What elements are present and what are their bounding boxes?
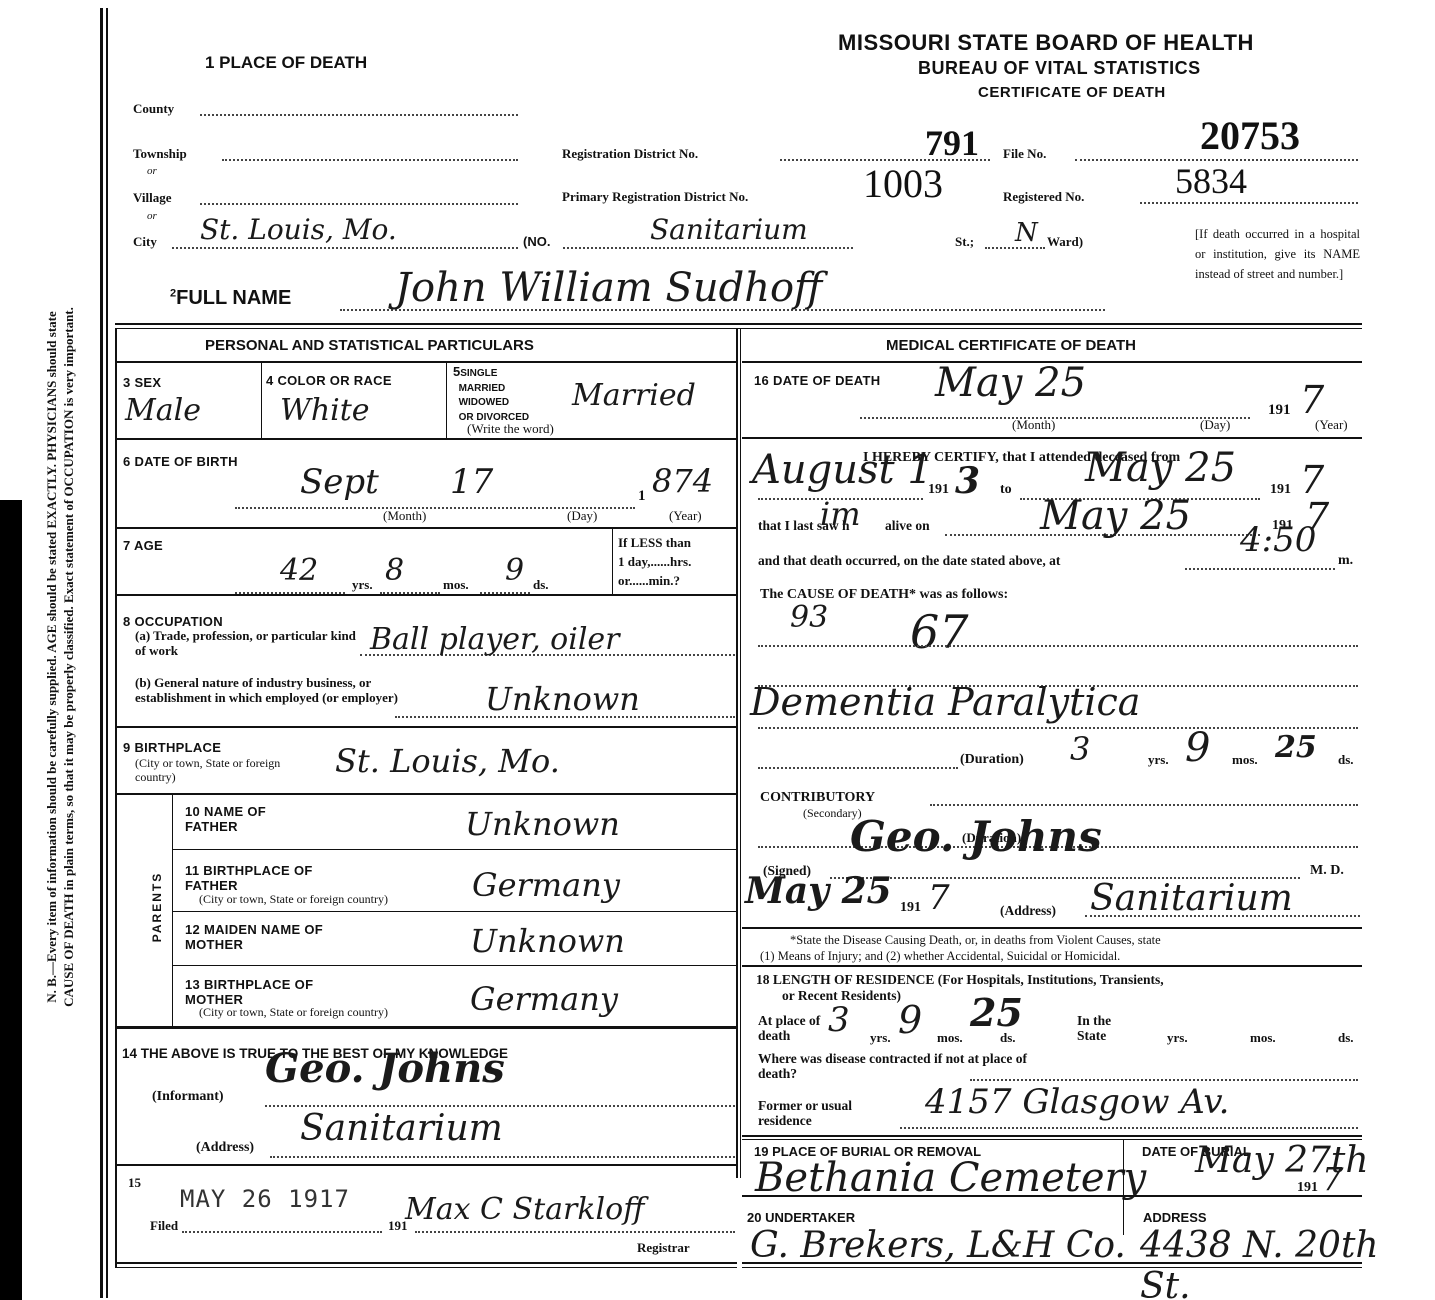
divider: [742, 927, 1362, 929]
primary-registration-value: 1003: [863, 160, 943, 207]
dob-day: 17: [450, 462, 493, 502]
year-hint: (Year): [1315, 417, 1348, 433]
divider: [117, 527, 737, 529]
attended-to-value: May 25: [1085, 445, 1236, 491]
burial-date-value: May 27th: [1195, 1140, 1369, 1181]
medical-section-title: MEDICAL CERTIFICATE OF DEATH: [886, 337, 1136, 354]
file-no-label: File No.: [1003, 146, 1046, 162]
physician-signature: Geo. Johns: [850, 812, 1102, 861]
marital-value: Married: [572, 378, 696, 413]
street-value: Sanitarium: [650, 213, 808, 246]
residence-days: 25: [970, 990, 1023, 1035]
mos-label: mos.: [1250, 1030, 1276, 1046]
yrs-label: yrs.: [870, 1030, 891, 1046]
to-year-prefix: 191: [1270, 482, 1291, 498]
registration-district-label: Registration District No.: [562, 146, 698, 162]
divider: [742, 1267, 1362, 1268]
age-days: 9: [505, 553, 524, 588]
primary-registration-label: Primary Registration District No.: [562, 189, 748, 205]
ds-label: ds.: [1338, 1030, 1354, 1046]
sex-label: 3 SEX: [123, 375, 161, 390]
full-name-label: 2FULL NAME: [170, 287, 291, 310]
month-hint: (Month): [1012, 417, 1055, 433]
registration-district-value: 791: [925, 122, 979, 164]
birthplace-hint: (City or town, State or foreign country): [135, 756, 285, 784]
divider: [173, 911, 737, 912]
residence-months: 9: [898, 998, 922, 1042]
document-title: CERTIFICATE OF DEATH: [978, 84, 1166, 101]
marital-options: 5SINGLE MARRIED WIDOWED OR DIVORCED: [453, 365, 529, 425]
divider: [117, 1026, 737, 1029]
sex-value: Male: [125, 393, 201, 428]
divider: [742, 437, 1362, 439]
signed-date: May 25: [745, 870, 892, 912]
mother-name-label: 12 MAIDEN NAME OF MOTHER: [185, 922, 345, 952]
father-name-label: 10 NAME OF FATHER: [185, 804, 305, 834]
date-of-death-value: May 25: [935, 360, 1086, 406]
divider: [173, 965, 737, 966]
death-time-value: 4:50: [1240, 520, 1316, 560]
village-field[interactable]: [200, 199, 518, 205]
bureau-title: BUREAU OF VITAL STATISTICS: [918, 58, 1201, 79]
township-label: Township: [133, 146, 187, 162]
registered-no-label: Registered No.: [1003, 189, 1084, 205]
marital-hint: (Write the word): [467, 421, 554, 437]
informant-address-label: (Address): [196, 1140, 254, 1156]
father-name-value: Unknown: [465, 805, 620, 843]
filed-label: Filed: [150, 1218, 178, 1234]
ds-label: ds.: [1000, 1030, 1016, 1046]
divider: [117, 361, 737, 363]
county-label: County: [133, 101, 174, 117]
signed-year: 7: [928, 878, 950, 918]
registered-no-value: 5834: [1175, 160, 1247, 202]
left-box-border: [115, 328, 117, 1268]
race-label: 4 COLOR OR RACE: [266, 373, 392, 388]
divider: [117, 1262, 737, 1264]
st-label: St.;: [955, 234, 974, 250]
father-birthplace-label: 11 BIRTHPLACE OF FATHER: [185, 863, 325, 893]
mother-birthplace-hint: (City or town, State or foreign country): [199, 1005, 388, 1020]
former-residence-value: 4157 Glasgow Av.: [925, 1082, 1229, 1122]
divider: [117, 438, 737, 440]
cause-footnote-2: (1) Means of Injury; and (2) whether Acc…: [760, 949, 1120, 964]
contributory-label: CONTRIBUTORY: [760, 790, 875, 806]
father-birthplace-hint: (City or town, State or foreign country): [199, 892, 388, 907]
hospital-note: [If death occurred in a hospital or inst…: [1195, 224, 1360, 284]
registered-no-field[interactable]: [1140, 198, 1358, 204]
registrar-signature: Max C Starkloff: [405, 1192, 644, 1227]
yrs-label: yrs.: [1148, 752, 1169, 768]
dod-year-prefix: 191: [1268, 402, 1291, 419]
informant-field[interactable]: [265, 1101, 735, 1107]
dob-year: 874: [652, 462, 713, 500]
yrs-label: yrs.: [352, 577, 373, 593]
age-months: 8: [385, 553, 404, 588]
mos-label: mos.: [1232, 752, 1258, 768]
divider: [117, 726, 737, 728]
ds-label: ds.: [533, 577, 549, 593]
death-time-field[interactable]: [1185, 564, 1335, 570]
filed-date-field[interactable]: [182, 1227, 382, 1233]
cause-line-3[interactable]: [758, 725, 1358, 729]
cause-line-1[interactable]: [758, 643, 1358, 647]
signed-year-prefix: 191: [900, 900, 921, 916]
death-time-suffix: m.: [1338, 553, 1353, 569]
divider: [115, 328, 1362, 329]
place-of-death-label: 1 PLACE OF DEATH: [205, 53, 367, 73]
divider: [446, 363, 447, 439]
occupation-a-label: (a) Trade, profession, or particular kin…: [135, 628, 365, 658]
mos-label: mos.: [443, 577, 469, 593]
residence-years: 3: [828, 1000, 850, 1040]
agency-title: MISSOURI STATE BOARD OF HEALTH: [838, 30, 1254, 56]
to-label: to: [1000, 482, 1012, 498]
city-label: City: [133, 234, 157, 250]
personal-section-title: PERSONAL AND STATISTICAL PARTICULARS: [205, 337, 534, 354]
duration-label: (Duration): [960, 752, 1024, 768]
from-year: 3: [955, 460, 980, 502]
dob-month: Sept: [300, 462, 379, 502]
margin-note: N. B.—Every item of information should b…: [20, 40, 80, 1280]
former-residence-field[interactable]: [900, 1125, 1358, 1129]
divider: [742, 1262, 1362, 1264]
physician-address-value: Sanitarium: [1090, 878, 1293, 919]
residence-label: 18 LENGTH OF RESIDENCE (For Hospitals, I…: [756, 972, 1164, 988]
where-contracted-field[interactable]: [970, 1077, 1358, 1081]
filed-stamp: MAY 26 1917: [180, 1185, 350, 1213]
ds-label: ds.: [1338, 752, 1354, 768]
attended-from-value: August 1: [752, 447, 933, 493]
less-than-day-note: If LESS than 1 day,......hrs. or......mi…: [618, 533, 691, 590]
scan-edge-shadow: [0, 500, 22, 1300]
filed-num: 15: [128, 1175, 141, 1191]
full-name-value: John William Sudhoff: [395, 265, 822, 311]
year-hint: (Year): [669, 508, 702, 524]
or-label: or: [147, 165, 157, 177]
registrar-label: Registrar: [637, 1240, 690, 1256]
mos-label: mos.: [937, 1030, 963, 1046]
divider: [117, 594, 737, 596]
occupation-a-value: Ball player, oiler: [370, 622, 620, 657]
age-years: 42: [280, 553, 318, 588]
alive-on-value: May 25: [1040, 493, 1191, 539]
at-place-label: At place of death: [758, 1013, 833, 1043]
date-of-death-label: 16 DATE OF DEATH: [754, 373, 880, 388]
burial-year: 7: [1322, 1160, 1342, 1198]
in-state-label: In the State: [1077, 1013, 1137, 1043]
mother-birthplace-label: 13 BIRTHPLACE OF MOTHER: [185, 977, 325, 1007]
last-saw-value: im: [820, 495, 861, 533]
informant-label: (Informant): [152, 1089, 224, 1105]
death-time-label: and that death occurred, on the date sta…: [758, 553, 1060, 569]
border-left-outer: [100, 8, 103, 1298]
contributory-field[interactable]: [930, 802, 1358, 806]
cause-footnote-1: *State the Disease Causing Death, or, in…: [790, 933, 1161, 948]
dod-year: 7: [1300, 378, 1324, 422]
dob-label: 6 DATE OF BIRTH: [123, 454, 238, 469]
township-field[interactable]: [222, 155, 518, 161]
divider: [261, 363, 262, 439]
physician-address-label: (Address): [1000, 903, 1056, 919]
divider: [115, 323, 1362, 325]
yrs-label: yrs.: [1167, 1030, 1188, 1046]
age-label: 7 AGE: [123, 538, 163, 553]
undertaker-value: G. Brekers, L&H Co.: [750, 1225, 1126, 1266]
column-divider: [740, 328, 741, 1178]
county-field[interactable]: [200, 110, 518, 116]
father-birthplace-value: Germany: [472, 866, 620, 904]
month-hint: (Month): [383, 508, 426, 524]
from-year-prefix: 191: [928, 482, 949, 498]
ward-label: Ward): [1047, 234, 1083, 250]
informant-address-field[interactable]: [270, 1152, 735, 1158]
burial-year-prefix: 191: [1297, 1180, 1318, 1196]
divider: [117, 1267, 737, 1268]
margin-note-line-2: CAUSE OF DEATH in plain terms, so that i…: [60, 57, 77, 1257]
cause-of-death-value: Dementia Paralytica: [750, 680, 1140, 724]
cause-code: 93: [790, 600, 828, 635]
divider: [742, 1135, 1362, 1137]
column-divider: [736, 328, 738, 1178]
divider: [742, 965, 1362, 967]
informant-address-value: Sanitarium: [300, 1108, 503, 1149]
former-residence-label: Former or usual residence: [758, 1098, 898, 1128]
parents-side-label: PARENTS: [150, 872, 164, 942]
day-hint: (Day): [567, 508, 597, 524]
registrar-field[interactable]: [415, 1227, 735, 1233]
birthplace-value: St. Louis, Mo.: [335, 742, 560, 780]
day-hint: (Day): [1200, 417, 1230, 433]
border-left-inner: [106, 8, 108, 1298]
file-no-value: 20753: [1200, 112, 1300, 159]
divider: [612, 529, 613, 595]
occupation-label: 8 OCCUPATION: [123, 614, 223, 629]
dob-year-prefix: 1: [638, 488, 646, 505]
divider: [173, 849, 737, 850]
street-no-label: (NO.: [523, 234, 550, 249]
cause-line-4[interactable]: [758, 765, 958, 769]
duration-months: 9: [1185, 725, 1210, 771]
occupation-b-label: (b) General nature of industry business,…: [135, 675, 425, 705]
alive-on-label: alive on: [885, 518, 930, 534]
divider: [117, 793, 737, 795]
undertaker-address-label: ADDRESS: [1143, 1210, 1207, 1225]
divider: [117, 1164, 737, 1166]
city-value: St. Louis, Mo.: [200, 213, 397, 246]
mother-birthplace-value: Germany: [470, 980, 618, 1018]
margin-note-line-1: N. B.—Every item of information should b…: [43, 57, 60, 1257]
birthplace-label: 9 BIRTHPLACE: [123, 740, 221, 755]
informant-value: Geo. Johns: [265, 1045, 505, 1092]
cause-mark: 67: [910, 605, 969, 659]
duration-days: 25: [1275, 730, 1317, 765]
mother-name-value: Unknown: [470, 922, 625, 960]
undertaker-label: 20 UNDERTAKER: [747, 1210, 855, 1225]
md-label: M. D.: [1310, 863, 1344, 879]
divider: [742, 1195, 1362, 1197]
ward-value: N: [1015, 218, 1038, 248]
race-value: White: [280, 393, 370, 428]
occupation-b-value: Unknown: [485, 680, 640, 718]
village-label: Village: [133, 190, 172, 206]
or-label: or: [147, 210, 157, 222]
duration-years: 3: [1070, 730, 1090, 768]
divider: [1123, 1139, 1124, 1235]
